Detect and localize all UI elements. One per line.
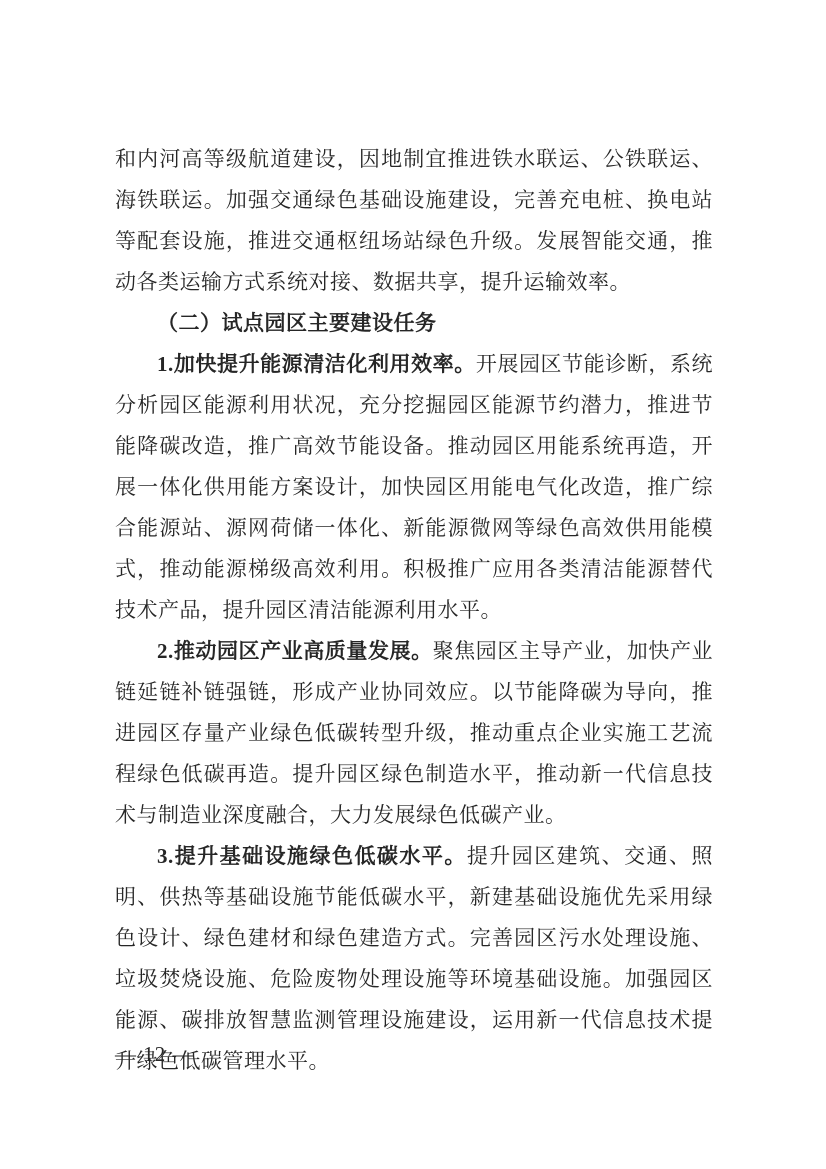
paragraph-transport-continuation: 和内河高等级航道建设，因地制宜推进铁水联运、公铁联运、海铁联运。加强交通绿色基础… [115, 139, 713, 303]
numbered-paragraph-1-lead: 1.加快提升能源清洁化利用效率。 [157, 352, 476, 376]
document-page: 和内河高等级航道建设，因地制宜推进铁水联运、公铁联运、海铁联运。加强交通绿色基础… [0, 0, 826, 1169]
numbered-paragraph-1-body: 开展园区节能诊断，系统分析园区能源利用状况，充分挖掘园区能源节约潜力，推进节能降… [115, 352, 713, 622]
numbered-paragraph-3: 3.提升基础设施绿色低碳水平。提升园区建筑、交通、照明、供热等基础设施节能低碳水… [115, 836, 713, 1082]
numbered-paragraph-1: 1.加快提升能源清洁化利用效率。开展园区节能诊断，系统分析园区能源利用状况，充分… [115, 344, 713, 631]
numbered-paragraph-2-body: 聚焦园区主导产业，加快产业链延链补链强链，形成产业协同效应。以节能降碳为导向，推… [115, 639, 713, 827]
numbered-paragraph-2-lead: 2.推动园区产业高质量发展。 [157, 639, 433, 663]
section-heading-pilot-park-tasks: （二）试点园区主要建设任务 [115, 303, 713, 344]
page-number: — 12 — [115, 1040, 195, 1068]
numbered-paragraph-2: 2.推动园区产业高质量发展。聚焦园区主导产业，加快产业链延链补链强链，形成产业协… [115, 631, 713, 836]
numbered-paragraph-3-lead: 3.提升基础设施绿色低碳水平。 [157, 844, 467, 868]
numbered-paragraph-3-body: 提升园区建筑、交通、照明、供热等基础设施节能低碳水平，新建基础设施优先采用绿色设… [115, 844, 713, 1073]
document-body: 和内河高等级航道建设，因地制宜推进铁水联运、公铁联运、海铁联运。加强交通绿色基础… [115, 139, 713, 1082]
